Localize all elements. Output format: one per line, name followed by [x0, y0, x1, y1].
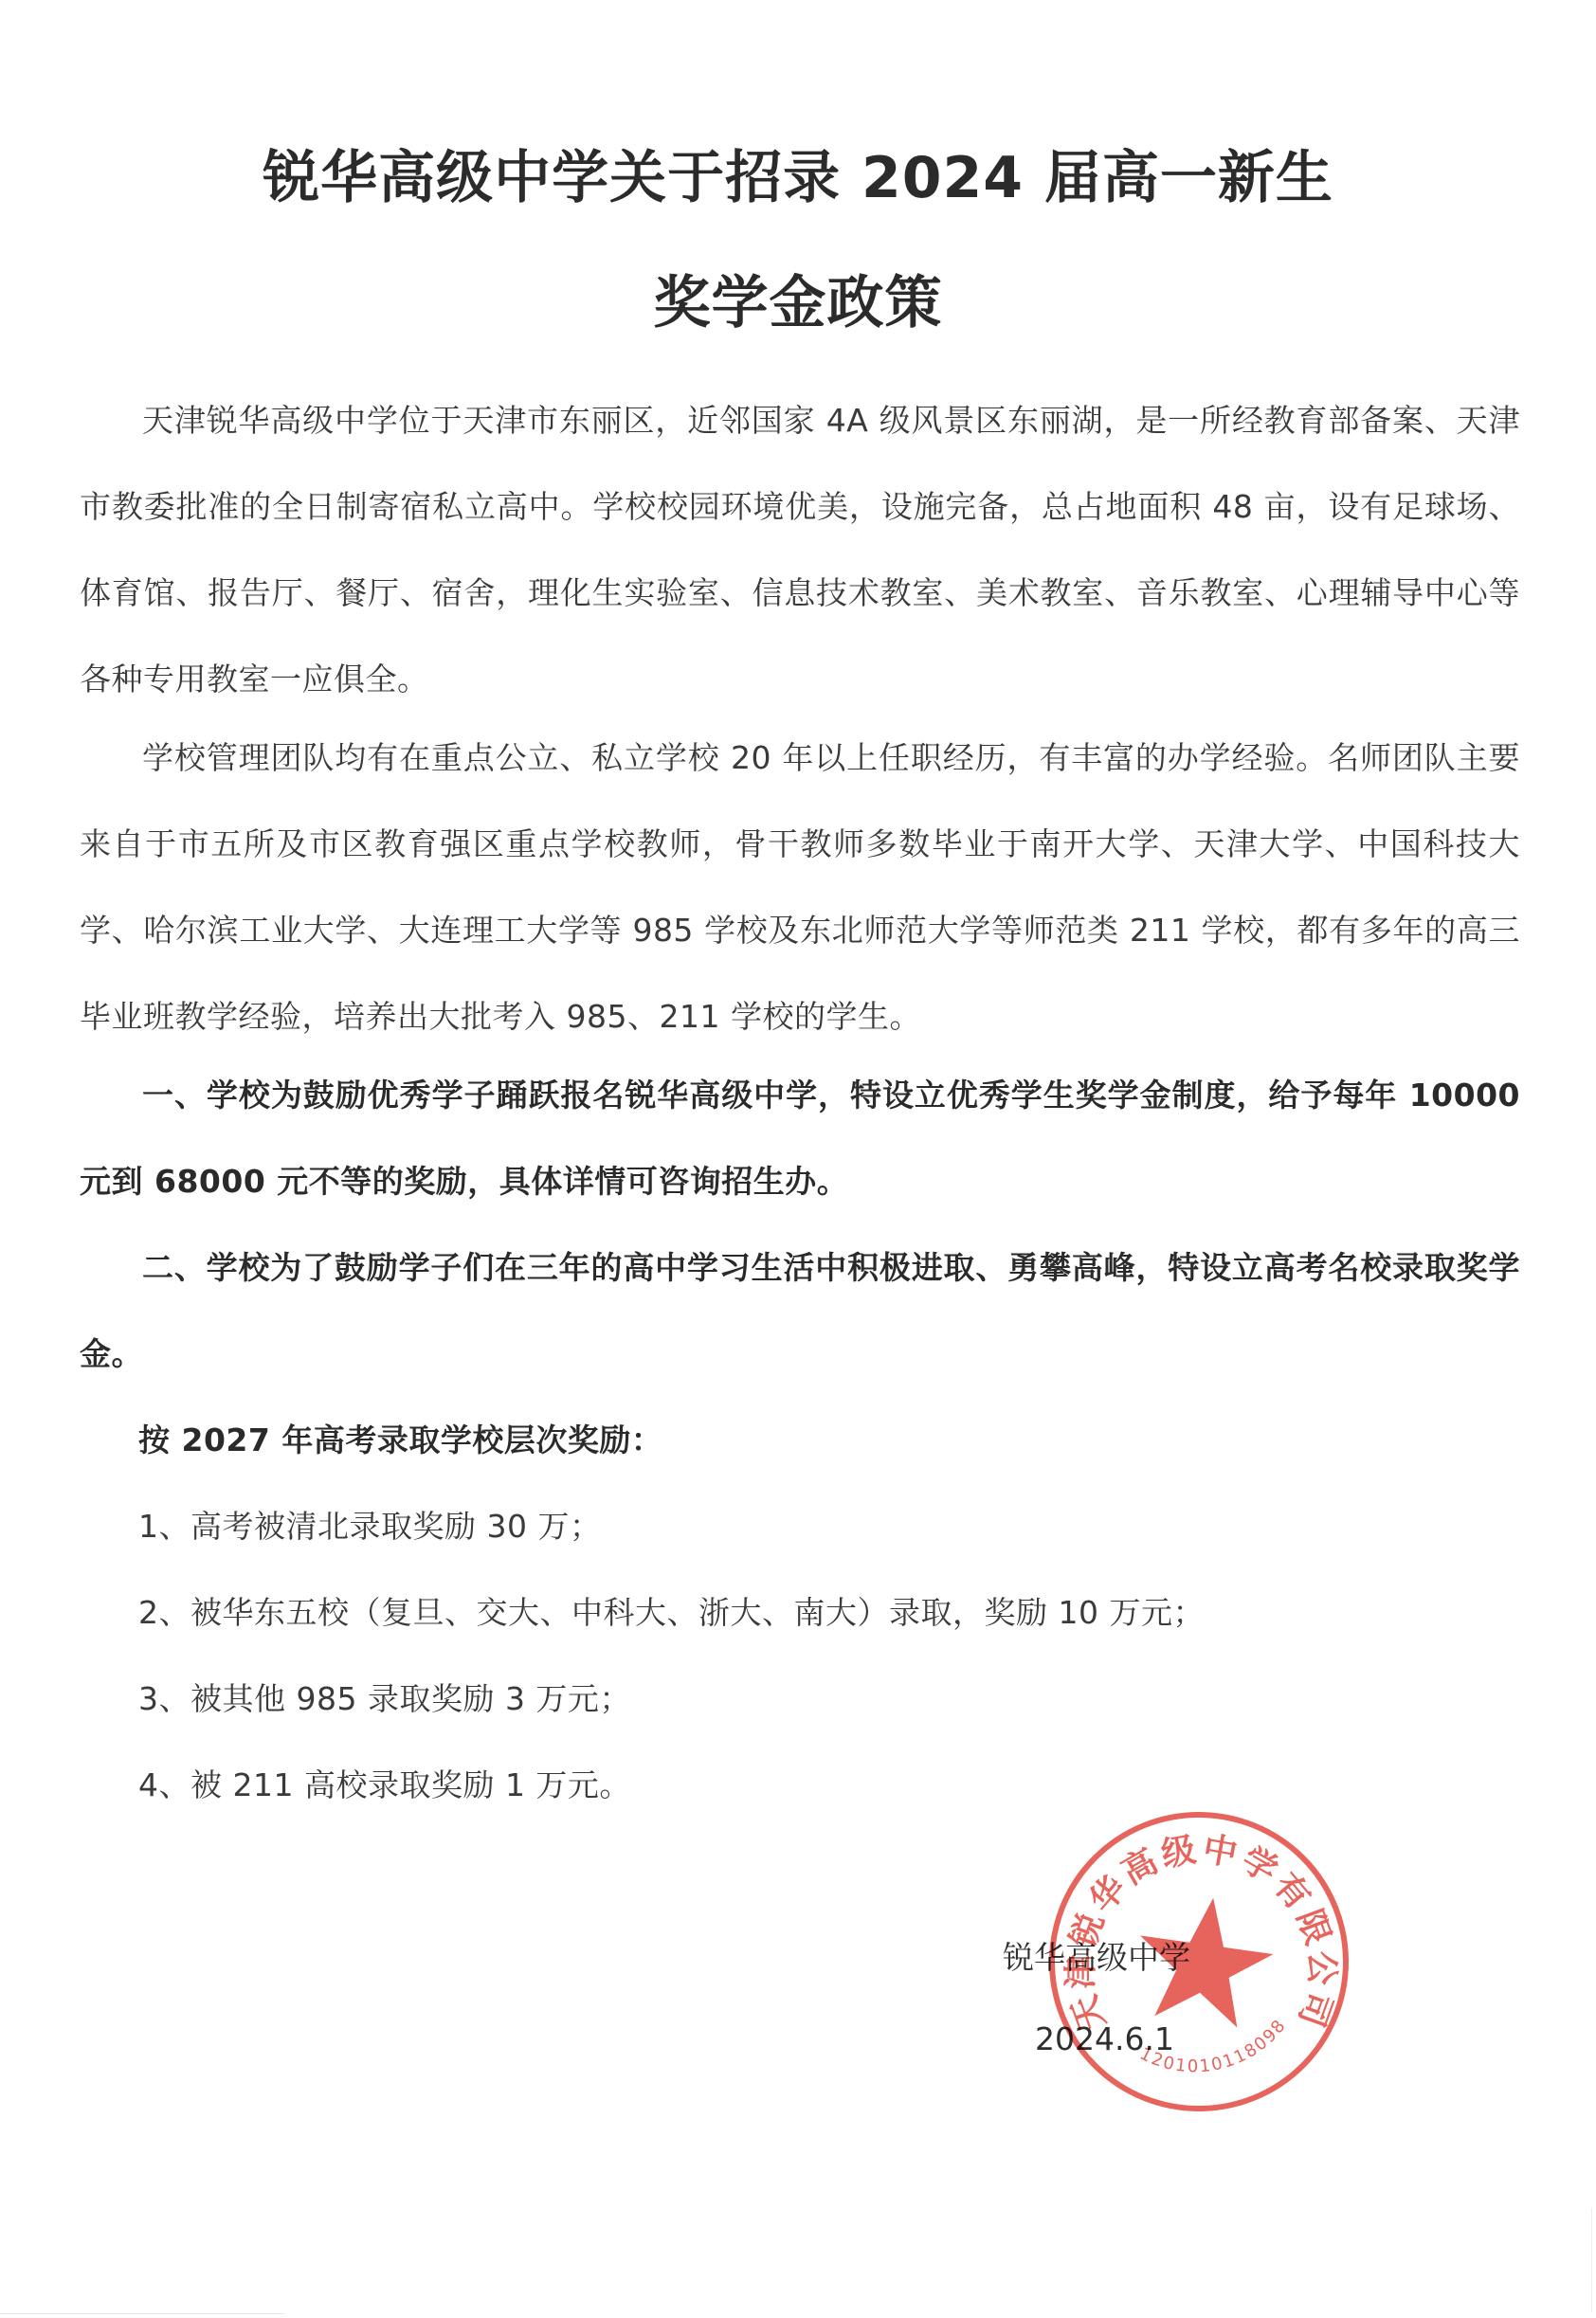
paragraph-policy-one: 一、学校为鼓励优秀学子踊跃报名锐华高级中学，特设立优秀学生奖学金制度，给予每年 …	[80, 1052, 1520, 1224]
official-seal-icon: 天津锐华高级中学有限公司 1201010118098	[1043, 1805, 1355, 2118]
document-title-line2: 奖学金政策	[0, 258, 1596, 339]
paragraph-teaching-team: 学校管理团队均有在重点公立、私立学校 20 年以上任职经历，有丰富的办学经验。名…	[80, 715, 1520, 1059]
reward-list-item: 2、被华东五校（复旦、交大、中科大、浙大、南大）录取，奖励 10 万元；	[138, 1569, 1205, 1656]
reward-list-item: 1、高考被清北录取奖励 30 万；	[138, 1483, 1205, 1569]
reward-list-heading: 按 2027 年高考录取学校层次奖励：	[138, 1397, 1465, 1483]
seal-number: 1201010118098	[1136, 2015, 1291, 2076]
paragraph-school-intro: 天津锐华高级中学位于天津市东丽区，近邻国家 4A 级风景区东丽湖，是一所经教育部…	[80, 377, 1520, 722]
paragraph-policy-two: 二、学校为了鼓励学子们在三年的高中学习生活中积极进取、勇攀高峰，特设立高考名校录…	[80, 1224, 1520, 1397]
document-title-line1: 锐华高级中学关于招录 2024 届高一新生	[0, 133, 1596, 214]
reward-list: 1、高考被清北录取奖励 30 万； 2、被华东五校（复旦、交大、中科大、浙大、南…	[138, 1483, 1205, 1828]
document-page: 锐华高级中学关于招录 2024 届高一新生 奖学金政策 天津锐华高级中学位于天津…	[0, 0, 1596, 2318]
seal-star-icon	[1129, 1889, 1279, 2031]
svg-text:1201010118098: 1201010118098	[1136, 2015, 1291, 2076]
scan-edge-line	[1591, 2208, 1592, 2312]
reward-list-item: 3、被其他 985 录取奖励 3 万元；	[138, 1656, 1205, 1742]
scan-edge-line	[0, 2313, 284, 2314]
